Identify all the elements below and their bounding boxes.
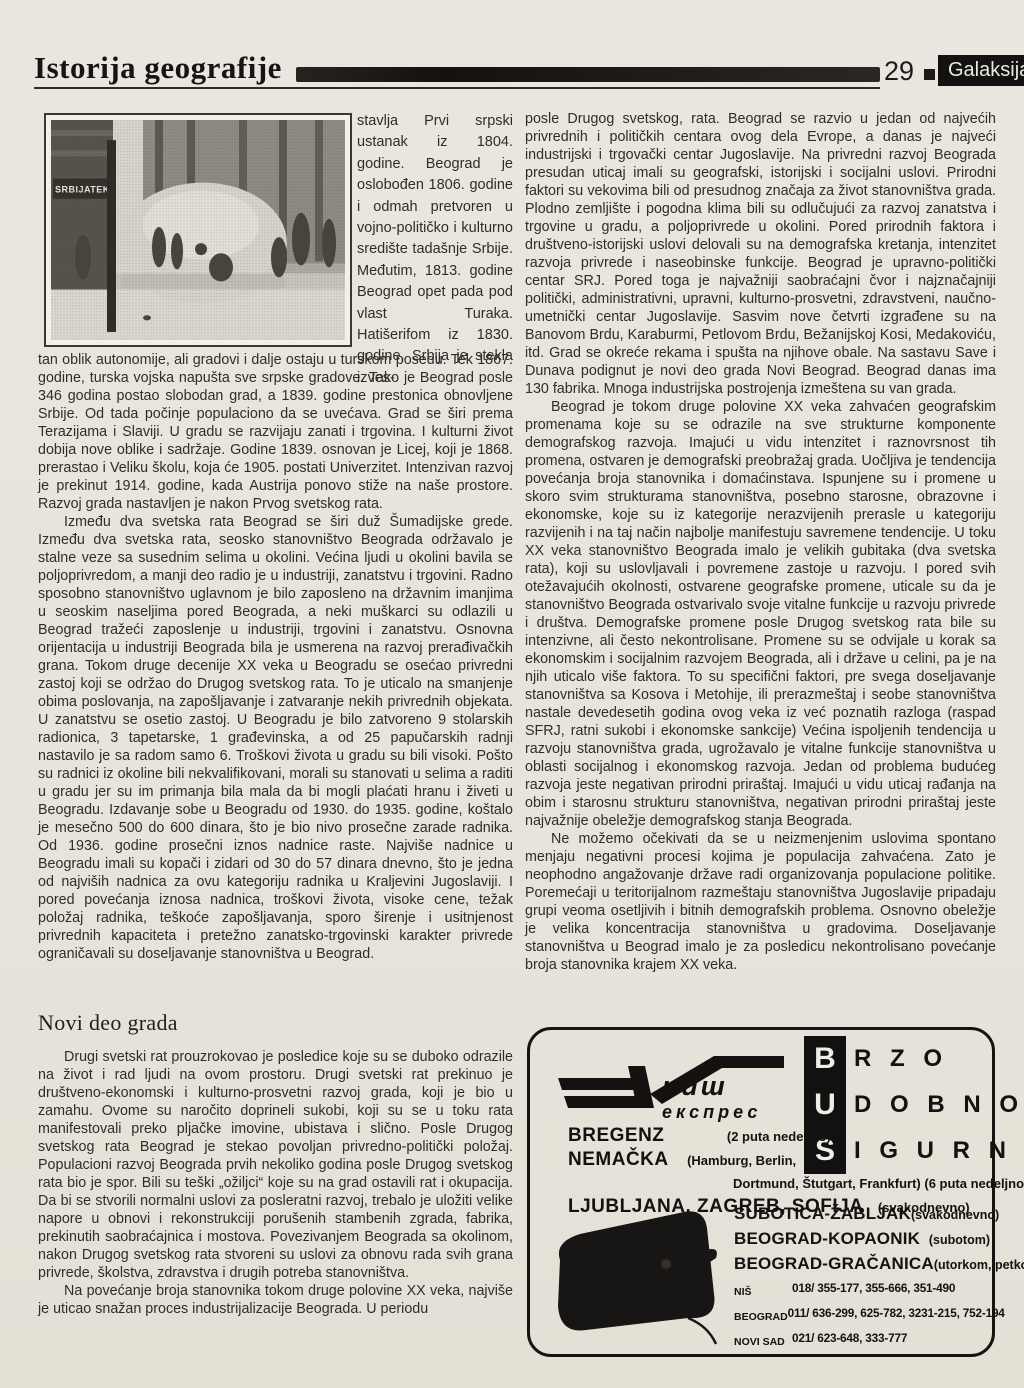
route-destination: SUBOTICA-ŽABLJAK	[734, 1202, 911, 1225]
route-line: NEMAČKA (Hamburg, Berlin,	[568, 1148, 988, 1172]
street-photo-illustration: SRBIJATEKS	[51, 120, 345, 340]
phone-line: NOVI SAD 021/ 623-648, 333-777	[734, 1328, 992, 1353]
route-destination: BEOGRAD-KOPAONIK	[734, 1227, 920, 1250]
paragraph: Drugi svetski rat prouzrokovao je posled…	[38, 1048, 513, 1282]
paragraph: Ne možemo očekivati da se u neizmenjenim…	[525, 830, 996, 974]
header: Istorija geografije	[34, 52, 880, 89]
phone-numbers: 018/ 355-177, 355-666, 351-490	[792, 1278, 955, 1303]
paragraph: posle Drugog svetskog, rata. Beograd se …	[525, 110, 996, 398]
paragraph: Na povećanje broja stanovnika tokom drug…	[38, 1282, 513, 1318]
left-column: tan oblik autonomije, ali gradovi i dalj…	[38, 351, 513, 963]
phone-numbers: 021/ 623-648, 333-777	[792, 1328, 907, 1353]
slogan-word: D O B N O	[854, 1093, 1024, 1117]
page-number: 29	[884, 56, 914, 87]
page-title: Istorija geografije	[34, 52, 282, 83]
slogan-letter: B	[814, 1044, 836, 1074]
route-line: BEOGRAD-GRAČANICA (utorkom, petkom)	[734, 1252, 990, 1277]
route-frequency: (Hamburg, Berlin,	[687, 1153, 796, 1168]
phone-city: NOVI SAD	[734, 1328, 792, 1353]
route-line: SUBOTICA-ŽABLJAK (svakodnevno)	[734, 1202, 990, 1227]
route-destination: BEOGRAD-GRAČANICA	[734, 1252, 934, 1275]
slogan-word: R Z O	[854, 1047, 1024, 1071]
slogan-letter: U	[814, 1090, 836, 1120]
route-frequency: (utorkom, petkom)	[934, 1254, 1024, 1277]
phone-contacts: NIŠ 018/ 355-177, 355-666, 351-490 BEOGR…	[734, 1278, 992, 1353]
route-frequency-continued: Dortmund, Štutgart, Frankfurt) (6 puta n…	[568, 1172, 988, 1195]
street-photo: SRBIJATEKS	[44, 113, 352, 347]
phone-line: NIŠ 018/ 355-177, 355-666, 351-490	[734, 1278, 992, 1303]
paragraph: Između dva svetska rata Beograd se širi …	[38, 513, 513, 963]
route-destination: BREGENZ	[568, 1125, 664, 1146]
paragraph: tan oblik autonomije, ali gradovi i dalj…	[38, 351, 513, 513]
magazine-page: Istorija geografije 29 Galaksija	[0, 0, 1024, 1388]
phone-line: BEOGRAD 011/ 636-299, 625-782, 3231-215,…	[734, 1303, 992, 1328]
route-destination: NEMAČKA	[568, 1149, 669, 1170]
phone-city: BEOGRAD	[734, 1303, 788, 1328]
section-heading: Novi deo grada	[38, 1014, 513, 1032]
photo-side-text: stavlja Prvi srpski ustanak iz 1804. god…	[357, 111, 513, 389]
route-line: BEOGRAD-KOPAONIK (subotom)	[734, 1227, 990, 1252]
magazine-badge: Galaksija	[938, 55, 1024, 86]
paragraph: Beograd je tokom druge polovine XX veka …	[525, 398, 996, 830]
bus-silhouette	[538, 1198, 728, 1348]
logo-text-ekspres: експрес	[662, 1102, 761, 1122]
phone-city: NIŠ	[734, 1278, 792, 1303]
nis-ekspres-logo: ниш експрес	[542, 1038, 807, 1126]
page-number-square-icon	[924, 69, 935, 80]
right-column: posle Drugog svetskog, rata. Beograd se …	[525, 110, 996, 974]
route-frequency: (svakodnevno)	[911, 1204, 999, 1227]
header-rule-bar	[296, 67, 880, 82]
route-frequency: (subotom)	[929, 1229, 990, 1252]
left-column-lower: Novi deo grada Drugi svetski rat prouzro…	[38, 1014, 513, 1318]
domestic-routes: SUBOTICA-ŽABLJAK (svakodnevno) BEOGRAD-K…	[734, 1202, 990, 1277]
route-frequency: (2 puta nedeljno)	[727, 1129, 831, 1144]
logo-text-nis: ниш	[662, 1071, 728, 1101]
route-line: BREGENZ (2 puta nedeljno)	[568, 1124, 988, 1148]
phone-numbers: 011/ 636-299, 625-782, 3231-215, 752-194	[788, 1303, 1005, 1328]
nis-ekspres-ad: ниш експрес B U S R Z O D O B N O I G U …	[527, 1027, 995, 1357]
